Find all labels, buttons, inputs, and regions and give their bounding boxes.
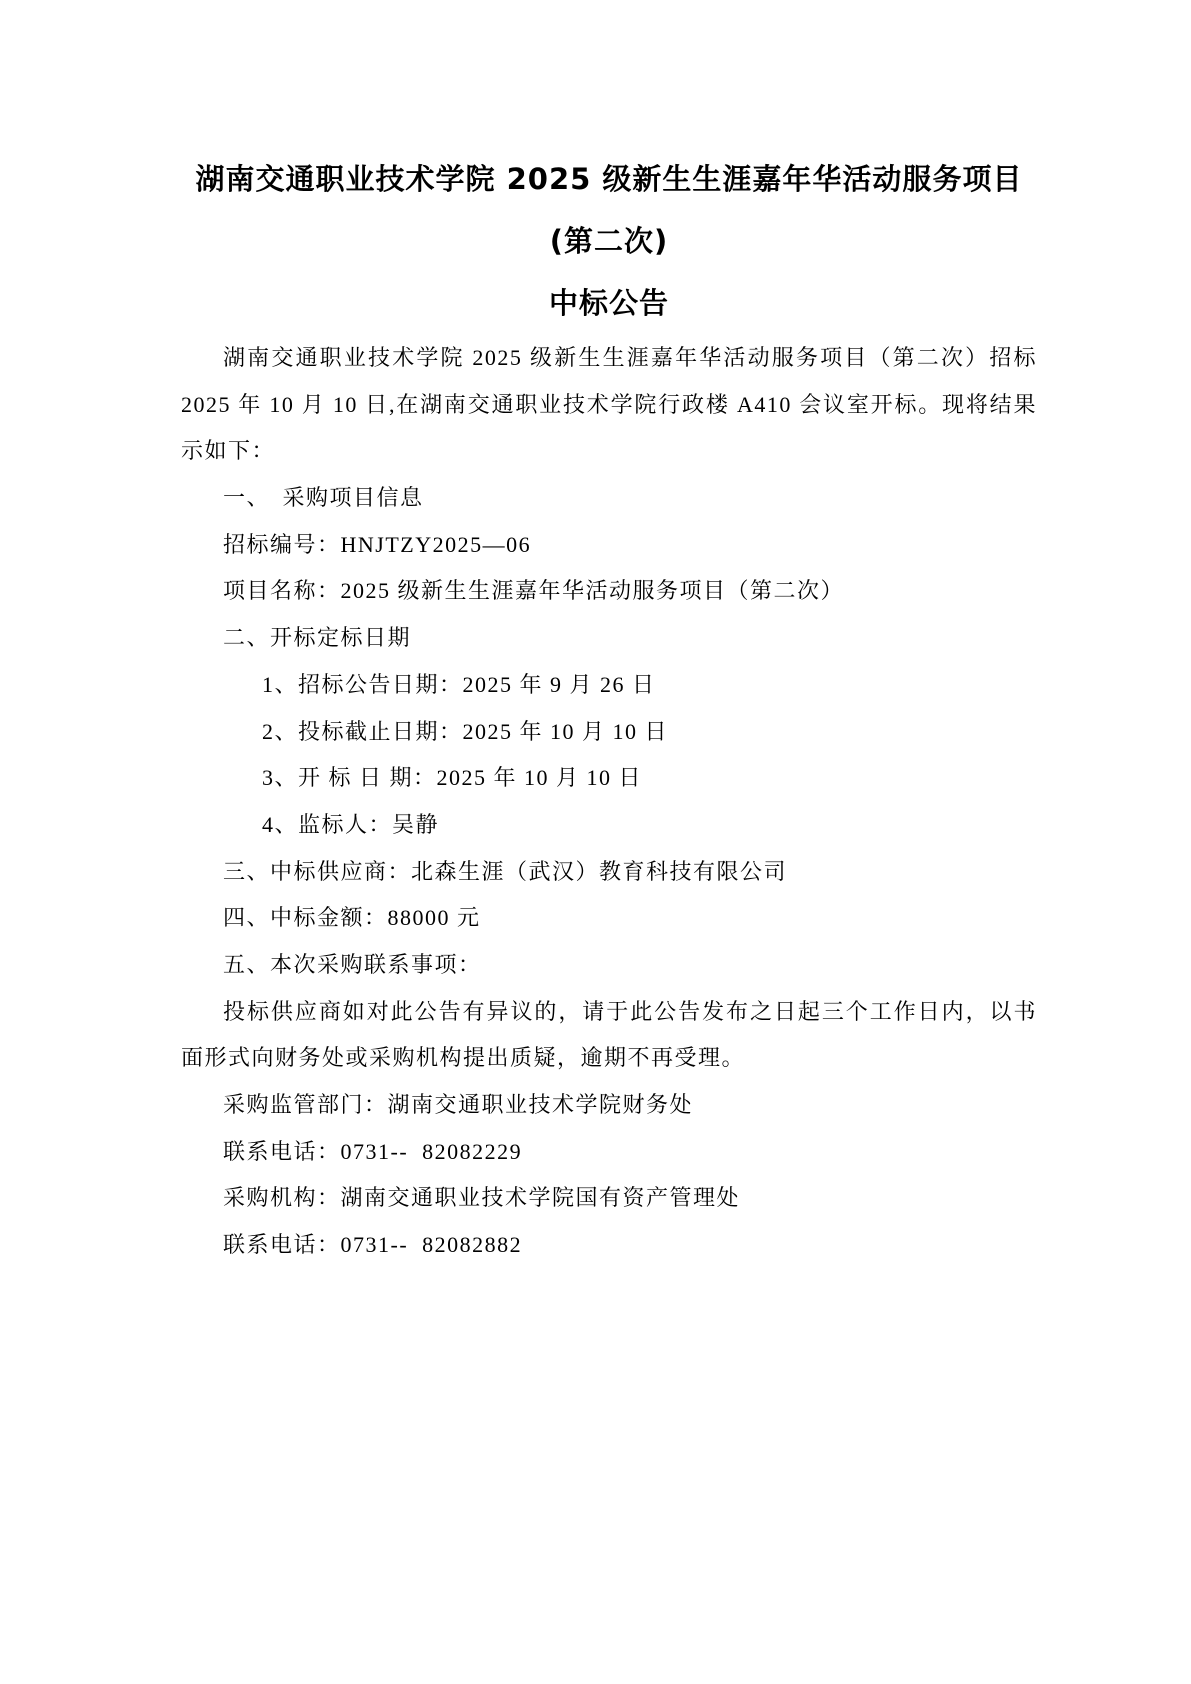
document-title: 湖南交通职业技术学院 2025 级新生生涯嘉年华活动服务项目(第二次) 中标公告	[0, 0, 1191, 334]
item-bid-opening-date: 3、开 标 日 期：2025 年 10 月 10 日	[181, 755, 1037, 802]
project-name: 项目名称：2025 级新生生涯嘉年华活动服务项目（第二次）	[181, 568, 1037, 615]
title-line-1: 湖南交通职业技术学院 2025 级新生生涯嘉年华活动服务项目(第二次)	[181, 148, 1037, 272]
document-page: 湖南交通职业技术学院 2025 级新生生涯嘉年华活动服务项目(第二次) 中标公告…	[0, 0, 1191, 1684]
item-bid-supervisor: 4、监标人：吴静	[181, 802, 1037, 849]
para-intro-line-2: 2025 年 10 月 10 日,在湖南交通职业技术学院行政楼 A410 会议室…	[181, 382, 1037, 429]
document-body: 湖南交通职业技术学院 2025 级新生生涯嘉年华活动服务项目（第二次）招标于 2…	[0, 335, 1191, 1269]
section-1-heading: 一、 采购项目信息	[181, 475, 1037, 522]
section-4-winning-amount: 四、中标金额：88000 元	[181, 895, 1037, 942]
section-5-heading: 五、本次采购联系事项：	[181, 942, 1037, 989]
procurement-agency: 采购机构：湖南交通职业技术学院国有资产管理处	[181, 1175, 1037, 1222]
para-intro-line-3: 示如下：	[181, 428, 1037, 475]
tender-number: 招标编号：HNJTZY2025—06	[181, 522, 1037, 569]
section-3-winning-supplier: 三、中标供应商：北森生涯（武汉）教育科技有限公司	[181, 849, 1037, 896]
para-objection-line-1: 投标供应商如对此公告有异议的，请于此公告发布之日起三个工作日内，以书	[181, 989, 1037, 1036]
item-bid-deadline-date: 2、投标截止日期：2025 年 10 月 10 日	[181, 709, 1037, 756]
supervising-contact-phone: 联系电话：0731-- 82082229	[181, 1129, 1037, 1176]
para-objection-line-2: 面形式向财务处或采购机构提出质疑，逾期不再受理。	[181, 1035, 1037, 1082]
para-intro-line-1: 湖南交通职业技术学院 2025 级新生生涯嘉年华活动服务项目（第二次）招标于	[181, 335, 1037, 382]
agency-contact-phone: 联系电话：0731-- 82082882	[181, 1222, 1037, 1269]
supervising-department: 采购监管部门：湖南交通职业技术学院财务处	[181, 1082, 1037, 1129]
section-2-heading: 二、开标定标日期	[181, 615, 1037, 662]
item-announcement-date: 1、招标公告日期：2025 年 9 月 26 日	[181, 662, 1037, 709]
title-line-2: 中标公告	[181, 272, 1037, 334]
